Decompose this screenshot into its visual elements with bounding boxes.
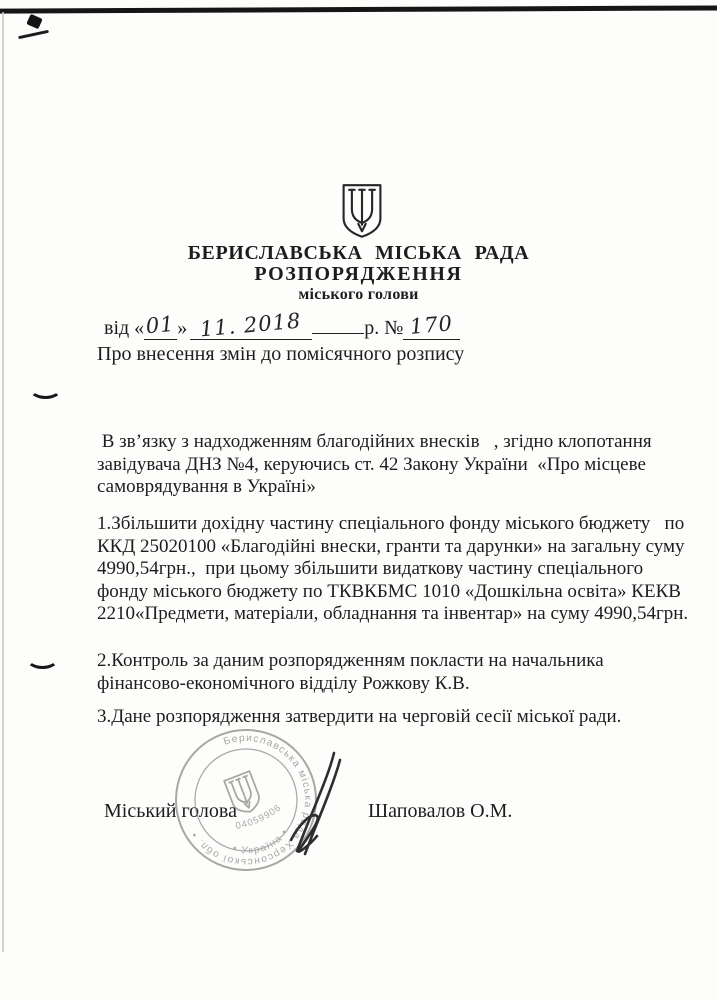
subject-line: Про внесення змін до помісячного розпису	[97, 343, 464, 366]
text-line: 4990,54грн., при цьому збільшити видатко…	[97, 558, 688, 581]
stamp-code: 04059906	[232, 801, 285, 834]
text-line: В зв’язку з надходженням благодійних вне…	[97, 431, 652, 454]
text-line: 3.Дане розпорядження затвердити на черго…	[97, 706, 621, 729]
signature-name: Шаповалов О.М.	[368, 800, 512, 823]
paragraph-item1: 1.Збільшити дохідну частину спеціального…	[97, 513, 688, 626]
paragraph-item2: 2.Контроль за даним розпорядженням покла…	[97, 650, 604, 695]
stamp-tryzub-icon	[224, 771, 263, 816]
pen-mark	[18, 30, 49, 39]
org-name: БЕРИСЛАВСЬКА МІСЬКА РАДА	[0, 242, 717, 265]
date-monthyear-handwritten: 11. 2018	[190, 315, 312, 340]
document-page: БЕРИСЛАВСЬКА МІСЬКА РАДА РОЗПОРЯДЖЕННЯ м…	[0, 0, 717, 1000]
date-day-handwritten: 01	[144, 315, 177, 340]
doc-type-title: РОЗПОРЯДЖЕННЯ	[0, 263, 717, 286]
text-line: 2.Контроль за даним розпорядженням покла…	[97, 650, 604, 673]
coat-of-arms-icon	[339, 183, 385, 239]
hole-punch-mark-top	[29, 378, 62, 399]
text-line: фінансово-економічного відділу Рожкову К…	[97, 673, 604, 696]
text-line: самоврядування в Україні»	[97, 476, 652, 499]
year-suffix: р.	[364, 317, 379, 339]
text-line: завідувача ДНЗ №4, керуючись ст. 42 Зако…	[97, 454, 652, 477]
scan-edge-left	[2, 12, 4, 952]
doc-number-handwritten: 170	[403, 315, 460, 340]
date-quote-close: »	[177, 317, 187, 339]
paragraph-item3: 3.Дане розпорядження затвердити на черго…	[97, 706, 621, 729]
date-prefix: від «	[104, 317, 144, 339]
blank-underline	[312, 333, 364, 334]
text-line: фонду міського бюджету по ТКВКБМС 1010 «…	[97, 581, 688, 604]
hole-punch-mark-bottom	[26, 648, 59, 669]
svg-text:04059906: 04059906	[232, 801, 285, 834]
handwritten-signature	[284, 750, 344, 862]
scan-edge-top	[0, 5, 717, 13]
doc-subtitle: міського голови	[0, 286, 717, 304]
scan-edge-blob	[26, 14, 42, 29]
date-line: від «01»11. 2018р. №170	[104, 315, 460, 340]
text-line: 1.Збільшити дохідну частину спеціального…	[97, 513, 688, 536]
number-label: №	[384, 317, 403, 339]
text-line: 2210«Предмети, матеріали, обладнання та …	[97, 603, 688, 626]
text-line: ККД 25020100 «Благодійні внески, гранти …	[97, 536, 688, 559]
paragraph-intro: В зв’язку з надходженням благодійних вне…	[97, 431, 652, 499]
